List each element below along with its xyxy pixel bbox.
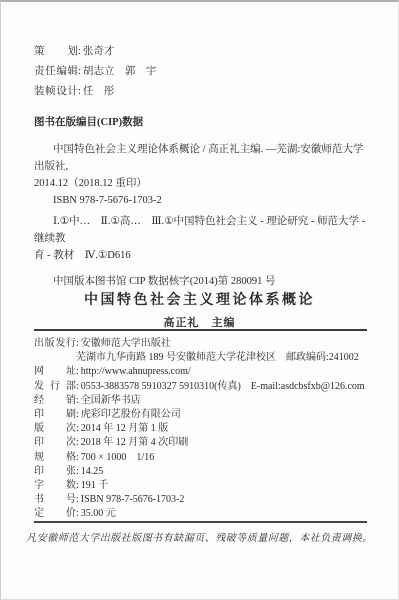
pub-row-printing: 印次:2018 年 12 月第 4 次印刷 xyxy=(34,436,390,450)
credit-label: 装帧设计 xyxy=(34,82,78,102)
credit-value: 胡志立 郭 宇 xyxy=(83,62,157,82)
pub-value: 2018 年 12 月第 4 次印刷 xyxy=(81,436,189,450)
pub-label: 印刷 xyxy=(34,408,76,422)
cip-isbn: ISBN 978-7-5676-1703-2 xyxy=(34,192,372,209)
divider-bottom xyxy=(34,521,367,523)
title-block: 中国特色社会主义理论体系概论 高正礼 主编 xyxy=(1,289,398,330)
pub-row-sheets: 印张:14.25 xyxy=(34,465,390,479)
pub-label: 发行部 xyxy=(34,380,76,394)
credit-label: 责任编辑 xyxy=(34,62,78,82)
cip-entry-line1: 中国特色社会主义理论体系概论 / 高正礼主编. —芜湖:安徽师范大学出版社, xyxy=(34,141,372,175)
copyright-page: 策划:张奇才 责任编辑:胡志立 郭 宇 装帧设计:任 彤 图书在版编目(CIP)… xyxy=(0,0,399,600)
pub-value: 2014 年 12 月第 1 版 xyxy=(81,422,169,436)
credit-row-designer: 装帧设计:任 彤 xyxy=(34,82,156,102)
pub-label: 出版发行 xyxy=(34,337,76,351)
pub-value: 0553-3883578 5910327 5910310(传真) E-mail:… xyxy=(81,380,365,394)
pub-value: 35.00 元 xyxy=(81,507,116,521)
book-author: 高正礼 主编 xyxy=(1,314,398,330)
pub-label: 定价 xyxy=(34,507,76,521)
pub-label: 经销 xyxy=(34,394,76,408)
pub-row-format: 规格:700 × 1000 1/16 xyxy=(34,451,390,465)
publication-block: 出版发行:安徽师范大学出版社 芜湖市九华南路 189 号安徽师范大学花津校区 邮… xyxy=(34,337,390,522)
pub-row-edition: 版次:2014 年 12 月第 1 版 xyxy=(34,422,390,436)
pub-label: 网址 xyxy=(34,365,76,379)
pub-row-distribution: 发行部:0553-3883578 5910327 5910310(传真) E-m… xyxy=(34,380,390,394)
pub-value: 191 千 xyxy=(81,479,109,493)
pub-label: 字数 xyxy=(34,479,76,493)
divider-top xyxy=(34,329,367,331)
pub-row-isbn: 书号:ISBN 978-7-5676-1703-2 xyxy=(34,493,390,507)
pub-row-website: 网址:http://www.ahnupress.com/ xyxy=(34,365,390,379)
pub-value: ISBN 978-7-5676-1703-2 xyxy=(81,493,185,507)
cip-record-number: 中国版本图书馆 CIP 数据核字(2014)第 280091 号 xyxy=(34,273,372,290)
pub-label: 印次 xyxy=(34,436,76,450)
quality-exchange-note: 凡安徽师范大学出版社版图书有缺漏页、残破等质量问题，本社负责调换。 xyxy=(1,529,398,544)
pub-label: 版次 xyxy=(34,422,76,436)
pub-value: 安徽师范大学出版社 xyxy=(81,337,171,351)
cip-entry-line2: 2014.12（2018.12 重印） xyxy=(34,175,372,192)
credit-label: 策划 xyxy=(34,42,78,62)
credit-value: 任 彤 xyxy=(83,82,115,102)
cip-header: 图书在版编目(CIP)数据 xyxy=(34,114,372,131)
credits-block: 策划:张奇才 责任编辑:胡志立 郭 宇 装帧设计:任 彤 xyxy=(34,42,156,102)
publisher-address: 芜湖市九华南路 189 号安徽师范大学花津校区 邮政编码:241002 xyxy=(34,351,390,365)
pub-row-wordcount: 字数:191 千 xyxy=(34,479,390,493)
credit-value: 张奇才 xyxy=(83,42,115,62)
credit-row-planner: 策划:张奇才 xyxy=(34,42,156,62)
pub-row-price: 定价:35.00 元 xyxy=(34,507,390,521)
cip-block: 图书在版编目(CIP)数据 中国特色社会主义理论体系概论 / 高正礼主编. —芜… xyxy=(34,114,372,290)
cip-class-line2: 育 - 教材 Ⅳ.①D616 xyxy=(34,247,372,264)
credit-row-editor: 责任编辑:胡志立 郭 宇 xyxy=(34,62,156,82)
pub-value: 14.25 xyxy=(81,465,104,479)
book-title: 中国特色社会主义理论体系概论 xyxy=(1,289,398,309)
pub-label: 印张 xyxy=(34,465,76,479)
pub-row-publisher: 出版发行:安徽师范大学出版社 xyxy=(34,337,390,351)
pub-value: 全国新华书店 xyxy=(81,394,141,408)
pub-label: 规格 xyxy=(34,451,76,465)
pub-value: 虎彩印艺股份有限公司 xyxy=(81,408,181,422)
pub-value: 700 × 1000 1/16 xyxy=(81,451,154,465)
cip-class-line1: Ⅰ.①中… Ⅱ.①高… Ⅲ.①中国特色社会主义 - 理论研究 - 师范大学 - … xyxy=(34,213,372,247)
pub-label: 书号 xyxy=(34,493,76,507)
pub-row-retail: 经销:全国新华书店 xyxy=(34,394,390,408)
pub-row-printer: 印刷:虎彩印艺股份有限公司 xyxy=(34,408,390,422)
pub-value: http://www.ahnupress.com/ xyxy=(81,365,191,379)
